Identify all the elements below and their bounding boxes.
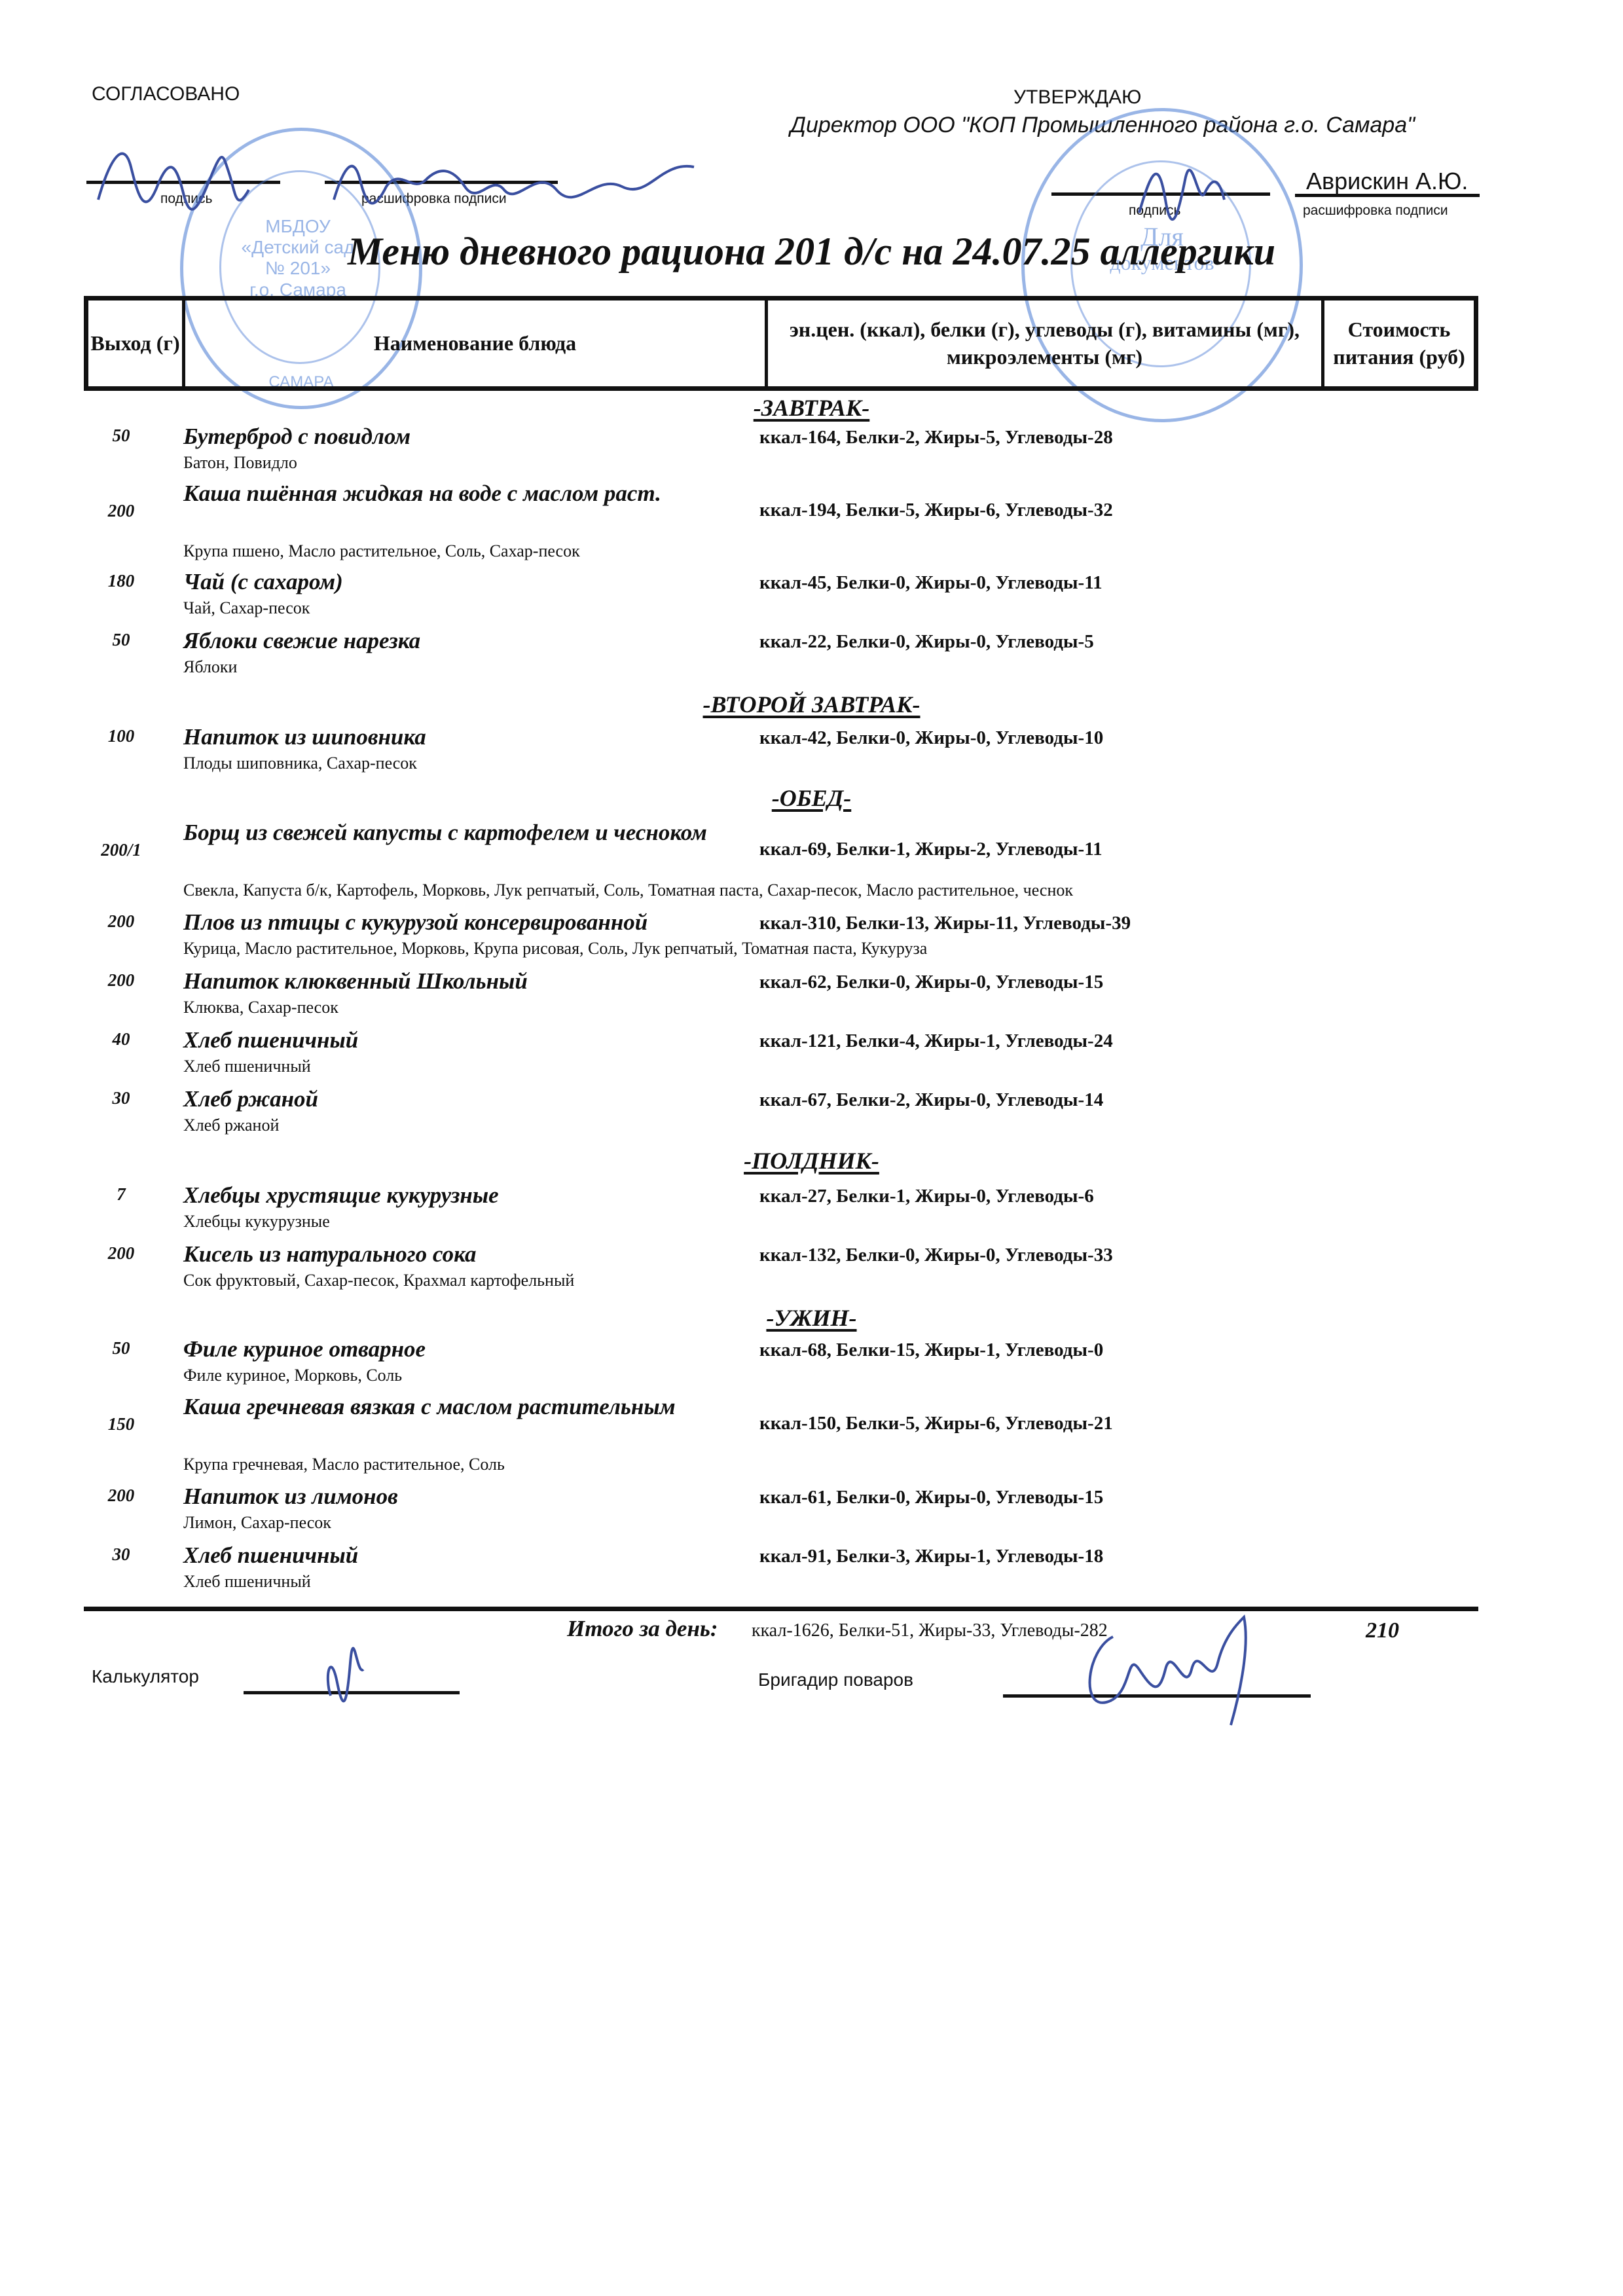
column-header-yield: Выход (г) [88, 301, 185, 386]
item-nutrition: ккал-69, Белки-1, Жиры-2, Углеводы-11 [759, 839, 1103, 860]
section-title: -ВТОРОЙ ЗАВТРАК- [0, 691, 1623, 718]
column-header-cost: Стоимость питания (руб) [1324, 301, 1474, 386]
item-nutrition: ккал-62, Белки-0, Жиры-0, Углеводы-15 [759, 972, 1103, 993]
item-yield: 200 [79, 1485, 164, 1506]
item-yield: 50 [79, 1338, 164, 1358]
section-title: -ПОЛДНИК- [0, 1147, 1623, 1175]
item-ingredients: Чай, Сахар-песок [183, 598, 310, 618]
item-yield: 200/1 [79, 840, 164, 860]
item-nutrition: ккал-68, Белки-15, Жиры-1, Углеводы-0 [759, 1339, 1103, 1361]
item-ingredients: Хлебцы кукурузные [183, 1212, 330, 1231]
item-dish-name: Хлеб пшеничный [183, 1540, 759, 1571]
item-ingredients: Крупа гречневая, Масло растительное, Сол… [183, 1455, 505, 1474]
item-ingredients: Клюква, Сахар-песок [183, 998, 338, 1017]
item-dish-name: Каша пшённая жидкая на воде с маслом рас… [183, 479, 759, 509]
item-yield: 30 [79, 1088, 164, 1108]
item-dish-name: Хлеб пшеничный [183, 1025, 759, 1055]
brigadier-label: Бригадир поваров [758, 1669, 913, 1690]
column-header-nutrition: эн.цен. (ккал), белки (г), углеводы (г),… [768, 301, 1324, 386]
agreed-label: СОГЛАСОВАНО [92, 83, 240, 105]
item-yield: 150 [79, 1414, 164, 1434]
item-dish-name: Плов из птицы с кукурузой консервированн… [183, 907, 759, 938]
section-title: -ЗАВТРАК- [0, 394, 1623, 422]
item-yield: 200 [79, 970, 164, 991]
item-ingredients: Курица, Масло растительное, Морковь, Кру… [183, 939, 927, 958]
item-dish-name: Яблоки свежие нарезка [183, 626, 759, 656]
item-nutrition: ккал-27, Белки-1, Жиры-0, Углеводы-6 [759, 1186, 1094, 1207]
item-nutrition: ккал-45, Белки-0, Жиры-0, Углеводы-11 [759, 572, 1103, 594]
item-nutrition: ккал-91, Белки-3, Жиры-1, Углеводы-18 [759, 1546, 1103, 1567]
item-dish-name: Напиток из шиповника [183, 722, 759, 752]
approver-name: Аврискин А.Ю. [1306, 168, 1468, 195]
item-ingredients: Яблоки [183, 657, 237, 677]
approved-decoding-caption: расшифровка подписи [1303, 203, 1448, 219]
item-dish-name: Напиток клюквенный Школьный [183, 966, 759, 996]
item-yield: 180 [79, 571, 164, 591]
section-title: -УЖИН- [0, 1304, 1623, 1332]
item-ingredients: Сок фруктовый, Сахар-песок, Крахмал карт… [183, 1271, 574, 1290]
item-ingredients: Плоды шиповника, Сахар-песок [183, 754, 417, 773]
item-dish-name: Бутерброд с повидлом [183, 422, 759, 452]
item-ingredients: Филе куриное, Морковь, Соль [183, 1366, 402, 1385]
item-yield: 50 [79, 426, 164, 446]
item-ingredients: Батон, Повидло [183, 453, 297, 473]
item-yield: 40 [79, 1029, 164, 1049]
item-nutrition: ккал-22, Белки-0, Жиры-0, Углеводы-5 [759, 631, 1094, 653]
item-dish-name: Борщ из свежей капусты с картофелем и че… [183, 818, 759, 848]
item-nutrition: ккал-121, Белки-4, Жиры-1, Углеводы-24 [759, 1030, 1113, 1052]
total-label: Итого за день: [567, 1616, 718, 1642]
item-yield: 100 [79, 726, 164, 746]
item-dish-name: Хлебцы хрустящие кукурузные [183, 1180, 759, 1211]
item-dish-name: Кисель из натурального сока [183, 1239, 759, 1269]
total-cost: 210 [1366, 1618, 1399, 1643]
item-ingredients: Хлеб пшеничный [183, 1572, 311, 1592]
item-dish-name: Напиток из лимонов [183, 1482, 759, 1512]
item-ingredients: Лимон, Сахар-песок [183, 1513, 331, 1533]
signature-brigadier [1074, 1611, 1296, 1728]
item-yield: 200 [79, 1243, 164, 1264]
page-title: Меню дневного рациона 201 д/с на 24.07.2… [0, 229, 1623, 274]
item-dish-name: Хлеб ржаной [183, 1084, 759, 1114]
signature-agreed [85, 128, 740, 232]
item-nutrition: ккал-67, Белки-2, Жиры-0, Углеводы-14 [759, 1089, 1103, 1111]
item-ingredients: Хлеб пшеничный [183, 1057, 311, 1076]
item-nutrition: ккал-132, Белки-0, Жиры-0, Углеводы-33 [759, 1245, 1113, 1266]
table-header: Выход (г) Наименование блюда эн.цен. (кк… [84, 296, 1478, 391]
calculator-label: Калькулятор [92, 1666, 199, 1687]
item-yield: 200 [79, 911, 164, 932]
item-nutrition: ккал-42, Белки-0, Жиры-0, Углеводы-10 [759, 727, 1103, 749]
item-nutrition: ккал-61, Белки-0, Жиры-0, Углеводы-15 [759, 1487, 1103, 1508]
signature-calculator [318, 1637, 376, 1709]
item-ingredients: Хлеб ржаной [183, 1116, 279, 1135]
item-ingredients: Свекла, Капуста б/к, Картофель, Морковь,… [183, 881, 1073, 900]
item-yield: 7 [79, 1184, 164, 1205]
section-title: -ОБЕД- [0, 784, 1623, 812]
item-nutrition: ккал-194, Белки-5, Жиры-6, Углеводы-32 [759, 500, 1113, 521]
approved-decoding-line [1295, 194, 1480, 197]
column-header-dish: Наименование блюда [185, 301, 768, 386]
item-dish-name: Филе куриное отварное [183, 1334, 759, 1364]
total-nutrition: ккал-1626, Белки-51, Жиры-33, Углеводы-2… [752, 1620, 1108, 1641]
item-nutrition: ккал-310, Белки-13, Жиры-11, Углеводы-39 [759, 913, 1131, 934]
item-nutrition: ккал-164, Белки-2, Жиры-5, Углеводы-28 [759, 427, 1113, 448]
signature-approved [1133, 154, 1250, 226]
item-ingredients: Крупа пшено, Масло растительное, Соль, С… [183, 541, 580, 561]
item-yield: 200 [79, 501, 164, 521]
item-dish-name: Каша гречневая вязкая с маслом раститель… [183, 1392, 759, 1422]
approve-label: УТВЕРЖДАЮ [1013, 86, 1141, 109]
item-nutrition: ккал-150, Белки-5, Жиры-6, Углеводы-21 [759, 1413, 1113, 1434]
item-yield: 30 [79, 1544, 164, 1565]
item-yield: 50 [79, 630, 164, 650]
item-dish-name: Чай (с сахаром) [183, 567, 759, 597]
